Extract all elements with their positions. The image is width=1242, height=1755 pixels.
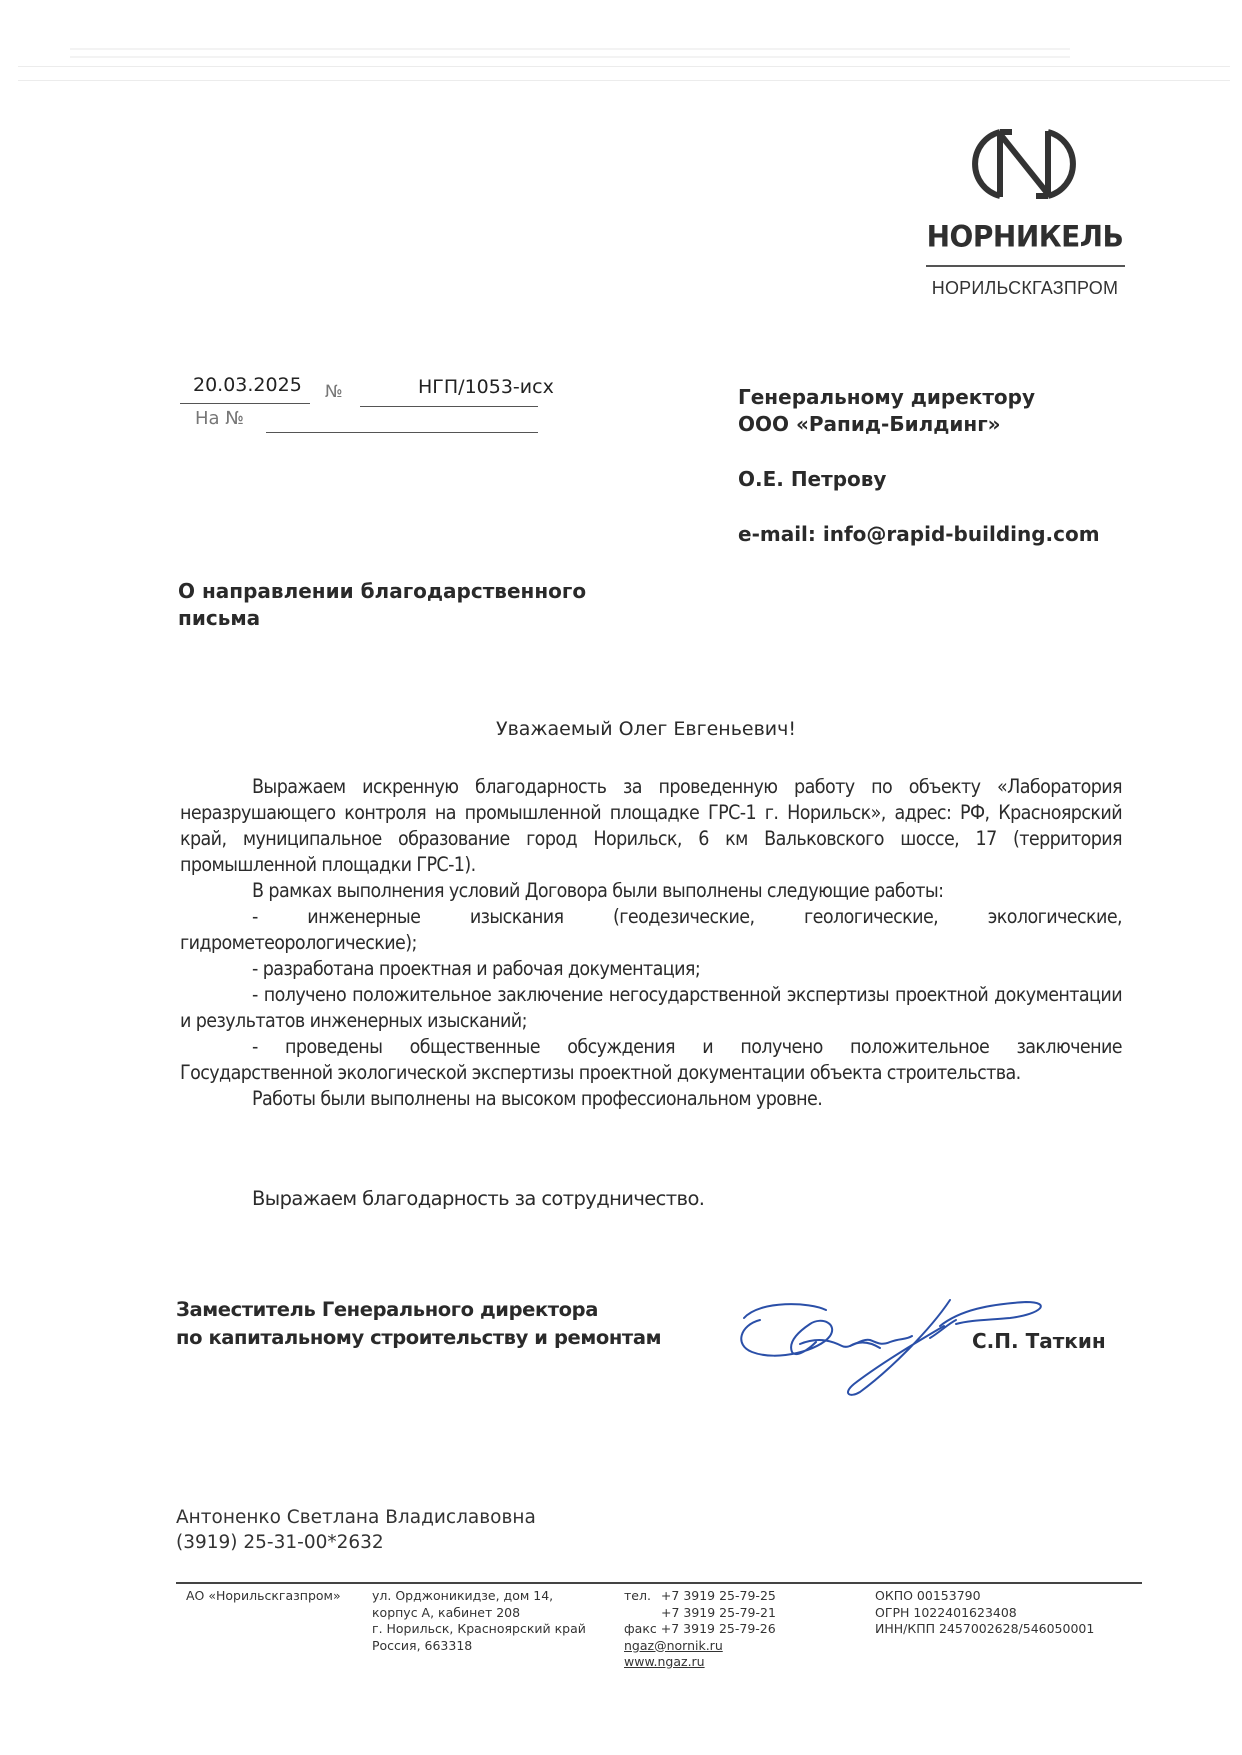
addressee-email: e-mail: info@rapid-building.com: [738, 521, 1100, 548]
greeting-text: Уважаемый Олег Евгеньевич!: [496, 718, 796, 740]
signatory-title-line-2: по капитальному строительству и ремонтам: [176, 1324, 661, 1352]
letter-body: Выражаем искренную благодарность за пров…: [180, 774, 1122, 1112]
greeting-line: Уважаемый Олег Евгеньевич!: [0, 718, 1242, 740]
footer-address-line: корпус А, кабинет 208: [372, 1605, 586, 1622]
footer-email-link[interactable]: ngaz@nornik.ru: [624, 1638, 723, 1653]
brand-name: НОРНИКЕЛЬ: [915, 219, 1135, 254]
footer-company: АО «Норильскгазпром»: [186, 1588, 341, 1605]
footer-contacts: тел. +7 3919 25-79-25 +7 3919 25-79-21 ф…: [624, 1588, 776, 1671]
scan-artifact: [70, 48, 1070, 50]
footer-registry: ОКПО 00153790 ОГРН 1022401623408 ИНН/КПП…: [875, 1588, 1094, 1638]
work-item: - получено положительное заключение него…: [180, 982, 1122, 1034]
work-item: - проведены общественные обсуждения и по…: [180, 1034, 1122, 1086]
tel-label: тел.: [624, 1588, 651, 1603]
letter-number: НГП/1053-исх: [418, 376, 554, 398]
scan-artifact-line: [18, 80, 1230, 81]
letter-subject: О направлении благодарственного письма: [178, 578, 586, 632]
signatory-name: С.П. Таткин: [972, 1329, 1106, 1353]
subject-line-2: письма: [178, 605, 586, 632]
executor-block: Антоненко Светлана Владиславовна (3919) …: [176, 1505, 536, 1555]
subsidiary-name: НОРИЛЬСКГАЗПРОМ: [915, 278, 1135, 299]
footer-website-link[interactable]: www.ngaz.ru: [624, 1654, 705, 1669]
executor-phone: (3919) 25-31-00*2632: [176, 1530, 536, 1555]
work-item: - инженерные изыскания (геодезические, г…: [180, 904, 1122, 956]
nornickel-logo-icon: [972, 128, 1076, 200]
fax-number: +7 3919 25-79-26: [661, 1621, 776, 1636]
subject-line-1: О направлении благодарственного: [178, 578, 586, 605]
incoming-number-underline: [266, 432, 538, 433]
executor-name: Антоненко Светлана Владиславовна: [176, 1505, 536, 1530]
number-underline: [360, 406, 538, 407]
letter-date: 20.03.2025: [193, 374, 302, 396]
footer-address-line: ул. Орджоникидзе, дом 14,: [372, 1588, 586, 1605]
date-underline: [180, 403, 310, 404]
footer-divider: [176, 1582, 1142, 1584]
number-label: №: [325, 382, 343, 402]
inn-kpp: ИНН/КПП 2457002628/546050001: [875, 1621, 1094, 1638]
signatory-title: Заместитель Генерального директора по ка…: [176, 1296, 661, 1352]
footer-address-line: г. Норильск, Красноярский край: [372, 1621, 586, 1638]
fax-label: факс: [624, 1621, 657, 1636]
scan-artifact: [70, 56, 1070, 58]
footer-tel-2: +7 3919 25-79-21: [624, 1605, 776, 1622]
tel-number-1: +7 3919 25-79-25: [661, 1588, 776, 1603]
signatory-title-line-1: Заместитель Генерального директора: [176, 1296, 661, 1324]
closing-thanks: Выражаем благодарность за сотрудничество…: [252, 1187, 704, 1210]
okpo: ОКПО 00153790: [875, 1588, 1094, 1605]
footer-address: ул. Орджоникидзе, дом 14, корпус А, каби…: [372, 1588, 586, 1654]
addressee-name: О.Е. Петрову: [738, 466, 1100, 493]
logo-divider: [926, 265, 1125, 267]
ogrn: ОГРН 1022401623408: [875, 1605, 1094, 1622]
footer-address-line: Россия, 663318: [372, 1638, 586, 1655]
footer-company-name: АО «Норильскгазпром»: [186, 1588, 341, 1605]
body-paragraph: В рамках выполнения условий Договора был…: [180, 878, 1122, 904]
footer-fax: факс +7 3919 25-79-26: [624, 1621, 776, 1638]
addressee-position: Генеральному директору: [738, 384, 1100, 411]
tel-number-2: +7 3919 25-79-21: [661, 1605, 776, 1620]
addressee-block: Генеральному директору ООО «Рапид-Билдин…: [738, 384, 1100, 548]
incoming-number-label: На №: [195, 408, 244, 429]
letterhead-logo: НОРНИКЕЛЬ НОРИЛЬСКГАЗПРОМ: [915, 128, 1135, 308]
footer-tel-1: тел. +7 3919 25-79-25: [624, 1588, 776, 1605]
work-item: - разработана проектная и рабочая докуме…: [180, 956, 1122, 982]
addressee-company: ООО «Рапид-Билдинг»: [738, 411, 1100, 438]
scan-artifact-line: [18, 66, 1230, 67]
body-paragraph: Выражаем искренную благодарность за пров…: [180, 774, 1122, 878]
body-conclusion: Работы были выполнены на высоком професс…: [180, 1086, 1122, 1112]
